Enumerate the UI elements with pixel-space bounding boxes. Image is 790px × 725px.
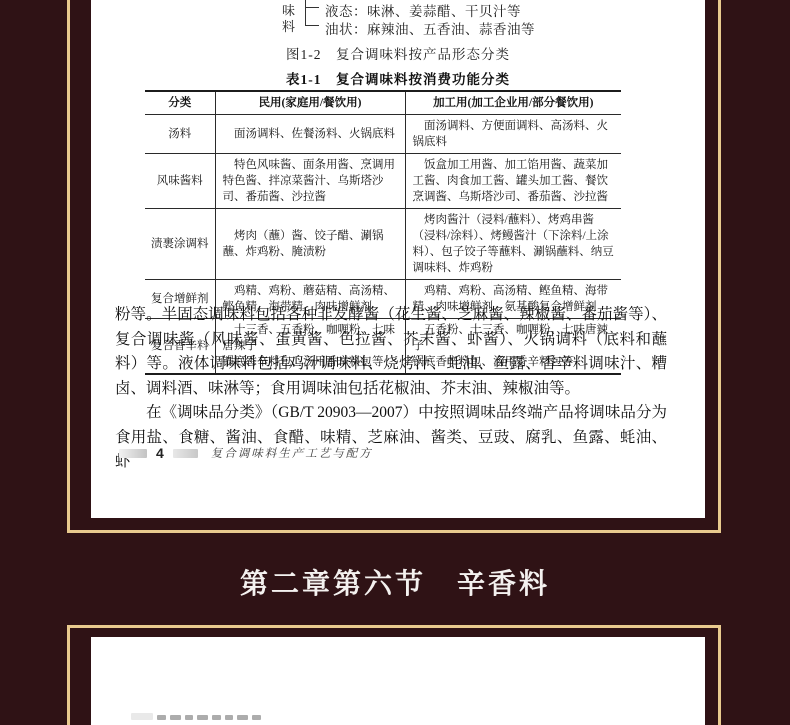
table-row: 汤料 面汤调料、佐餐汤料、火锅底料 面汤调料、方便面调料、高汤料、火锅底料	[145, 115, 621, 154]
book-page-paper	[91, 637, 705, 725]
ebook-reader-view: { "colors": { "reader_background": "#2f1…	[0, 0, 790, 725]
header-civil-use: 民用(家庭用/餐饮用)	[215, 91, 405, 115]
running-book-title: 复合调味料生产工艺与配方	[211, 445, 373, 461]
diagram-branch-liquid: 液态：味淋、姜蒜醋、干贝汁等	[325, 0, 521, 20]
diagram-bracket-line	[305, 0, 306, 26]
table-cell: 饭盒加工用酱、加工馅用酱、蔬菜加工酱、肉食加工酱、罐头加工酱、餐饮烹调酱、乌斯塔…	[405, 154, 621, 209]
header-processing-use: 加工用(加工企业用/部分餐饮用)	[405, 91, 621, 115]
cutoff-text-fragment	[131, 713, 261, 720]
book-page-frame-bottom	[67, 625, 721, 725]
page-footer: 4 复合调味料生产工艺与配方	[119, 446, 373, 460]
header-category: 分类	[145, 91, 215, 115]
table-cell: 汤料	[145, 115, 215, 154]
footer-ornament-bar	[119, 449, 147, 458]
book-page-paper: 调味料 液态：味淋、姜蒜醋、干贝汁等 油状：麻辣油、五香油、蒜香油等 图1-2 …	[91, 0, 705, 518]
book-page-frame-top: 调味料 液态：味淋、姜蒜醋、干贝汁等 油状：麻辣油、五香油、蒜香油等 图1-2 …	[67, 0, 721, 533]
table-cell: 渍裹涂调料	[145, 209, 215, 280]
section-heading: 第二章第六节 辛香料	[0, 562, 790, 602]
page-number: 4	[156, 445, 164, 461]
paragraph: 粉等。半固态调味料包括各种非发酵酱（花生酱、芝麻酱、辣椒酱、番茄酱等）、复合调味…	[115, 303, 667, 401]
diagram-side-label: 调味料	[281, 0, 296, 35]
diagram-branch-tick	[305, 7, 319, 8]
table-header-row: 分类 民用(家庭用/餐饮用) 加工用(加工企业用/部分餐饮用)	[145, 91, 621, 115]
table-cell: 面汤调料、佐餐汤料、火锅底料	[215, 115, 405, 154]
figure-caption: 图1-2 复合调味料按产品形态分类	[91, 43, 705, 63]
table-cell: 风味酱料	[145, 154, 215, 209]
table-cell: 特色风味酱、面条用酱、烹调用特色酱、拌凉菜酱汁、乌斯塔沙司、番茄酱、沙拉酱	[215, 154, 405, 209]
diagram-branch-oil: 油状：麻辣油、五香油、蒜香油等	[325, 18, 535, 38]
table-cell: 面汤调料、方便面调料、高汤料、火锅底料	[405, 115, 621, 154]
footer-ornament-bar	[173, 449, 198, 458]
table-row: 风味酱料 特色风味酱、面条用酱、烹调用特色酱、拌凉菜酱汁、乌斯塔沙司、番茄酱、沙…	[145, 154, 621, 209]
table-cell: 烤肉（蘸）酱、饺子醋、涮锅蘸、炸鸡粉、腌渍粉	[215, 209, 405, 280]
diagram-branch-tick	[305, 25, 319, 26]
table-cell: 烤肉酱汁（浸料/蘸料）、烤鸡串酱（浸料/涂料）、烤鳗酱汁（下涂料/上涂料）、包子…	[405, 209, 621, 280]
table-title: 表1-1 复合调味料按消费功能分类	[91, 68, 705, 88]
cutoff-label-chip	[131, 713, 153, 720]
table-row: 渍裹涂调料 烤肉（蘸）酱、饺子醋、涮锅蘸、炸鸡粉、腌渍粉 烤肉酱汁（浸料/蘸料）…	[145, 209, 621, 280]
paragraph: 在《调味品分类》（GB/T 20903—2007）中按照调味品终端产品将调味品分…	[115, 401, 667, 475]
